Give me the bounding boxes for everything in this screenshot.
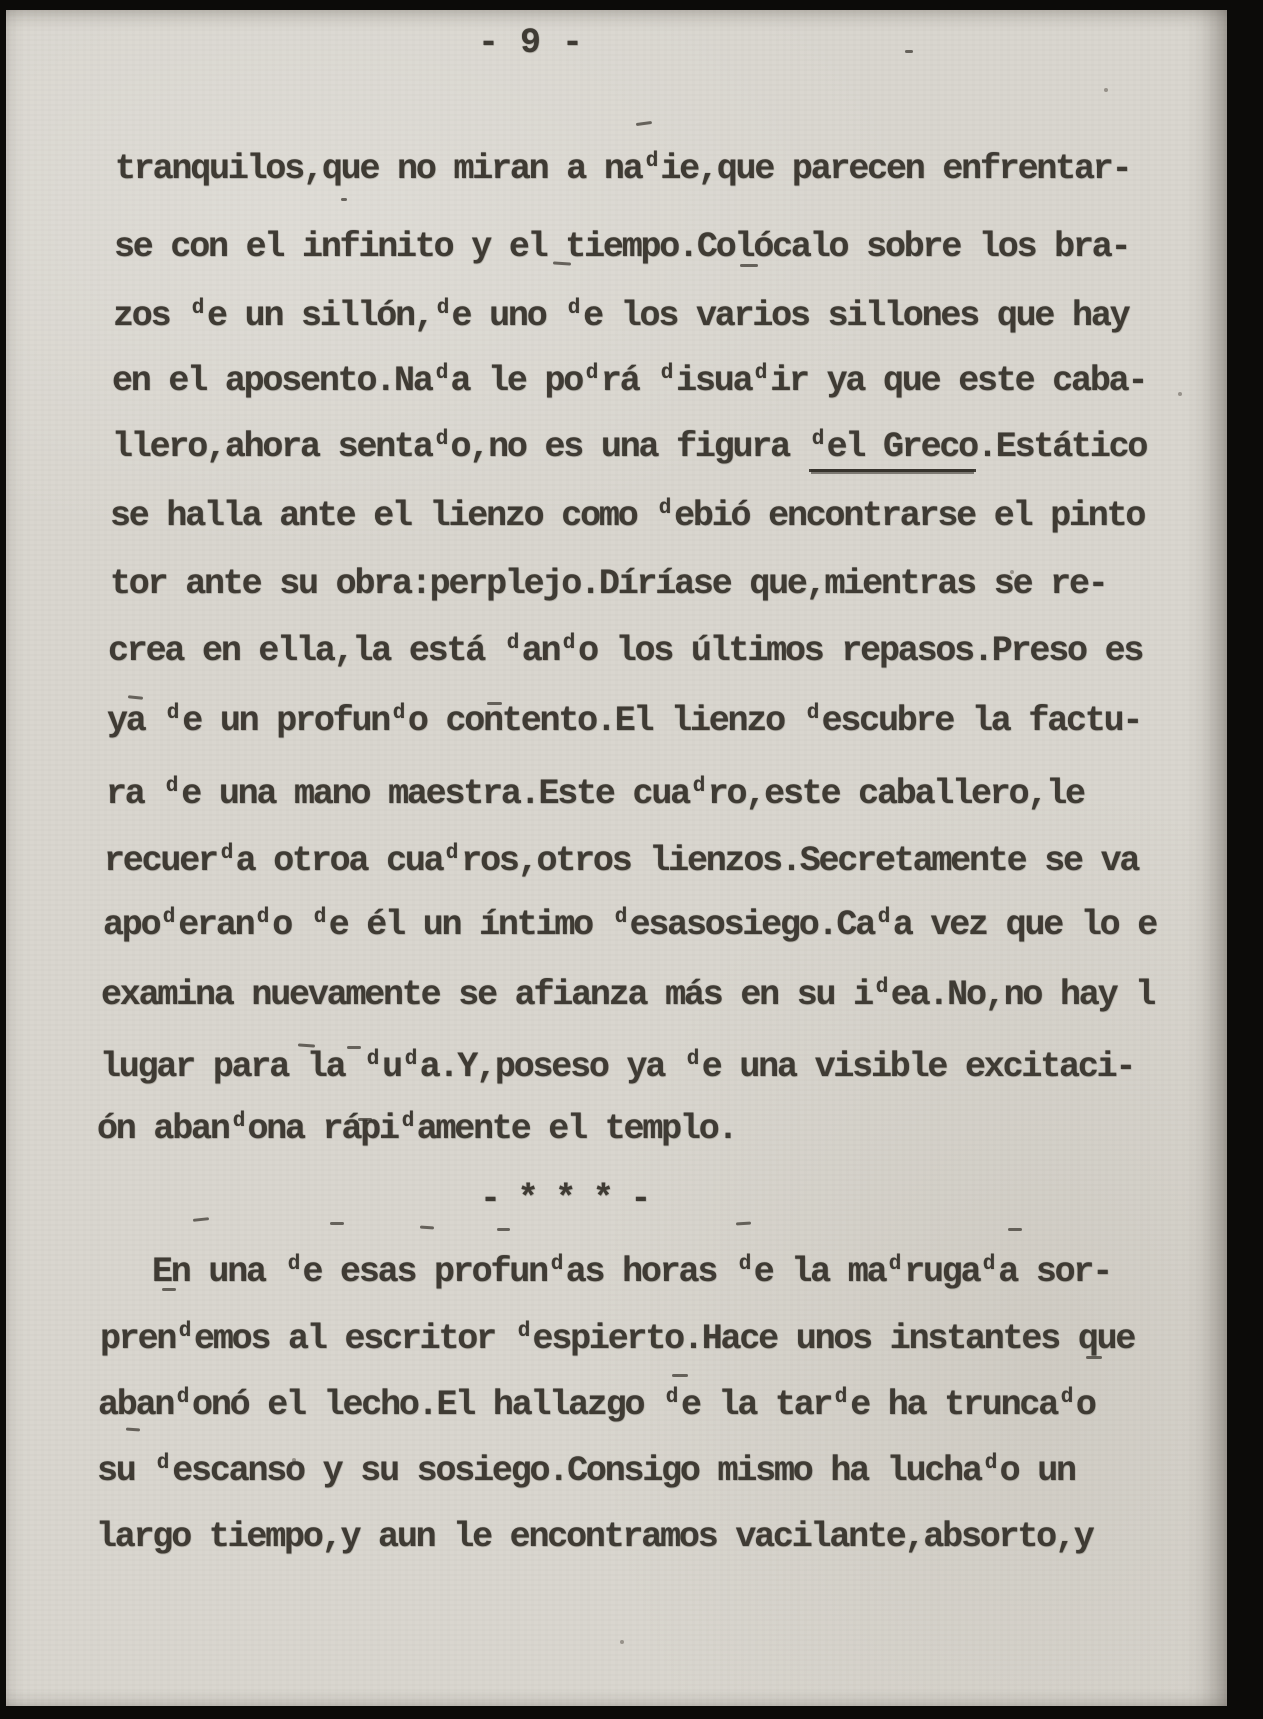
ink-mark	[487, 702, 502, 705]
text-line: crea en ella,la está dando los últimos r…	[108, 632, 1142, 670]
ink-mark	[420, 1226, 434, 1230]
text-line: zos de un sillón,de uno de los varios si…	[113, 297, 1128, 335]
text-line: su descanso y su sosiego.Consigo mismo h…	[97, 1452, 1075, 1490]
text-line: en el aposento.Nada le podrá disuadir ya…	[112, 362, 1146, 400]
text-line: se con el infinito y el tiempo.Colócalo …	[114, 228, 1129, 266]
page-number: - 9 -	[478, 24, 583, 62]
text-line: recuerda otroa cuadros,otros lienzos.Sec…	[104, 842, 1138, 880]
ink-mark	[347, 1046, 361, 1049]
ink-mark	[193, 1217, 209, 1222]
underlined-text: del Greco	[808, 427, 977, 469]
text-segment: .Estático	[977, 427, 1146, 467]
ink-mark	[128, 695, 143, 700]
ink-mark	[1086, 1356, 1102, 1359]
paper-speck	[1010, 570, 1014, 574]
scanned-page: - 9 - tranquilos,que no miran a nadie,qu…	[6, 10, 1227, 1706]
text-line: llero,ahora sentado,no es una figura del…	[112, 428, 1146, 466]
text-line: lugar para la duda.Y,poseso ya de una vi…	[100, 1048, 1134, 1086]
text-segment: llero,ahora sentado,no es una figura	[112, 427, 808, 467]
ink-mark	[1008, 1228, 1022, 1231]
ink-mark	[672, 1374, 688, 1377]
text-line: tranquilos,que no miran a nadie,que pare…	[115, 150, 1130, 188]
ink-mark	[497, 1228, 510, 1231]
ink-mark	[740, 264, 758, 267]
ink-mark	[126, 1428, 140, 1432]
scan-border: - 9 - tranquilos,que no miran a nadie,qu…	[0, 0, 1263, 1719]
text-line: prendemos al escritor despierto.Hace uno…	[100, 1320, 1134, 1358]
paper-speck	[620, 1640, 624, 1644]
ink-mark	[636, 121, 652, 126]
ink-mark	[341, 198, 347, 201]
ink-mark	[905, 50, 913, 53]
text-line: abandonó el lecho.El hallazgo de la tard…	[98, 1386, 1095, 1424]
text-line: ya de un profundo contento.El lienzo des…	[107, 702, 1141, 740]
paper-speck	[292, 1458, 296, 1462]
paper-speck	[1104, 88, 1108, 92]
text-line: largo tiempo,y aun le encontramos vacila…	[96, 1518, 1093, 1556]
text-line: ón abandona rápidamente el templo.	[97, 1110, 736, 1148]
ink-mark	[162, 1288, 176, 1291]
ink-mark	[330, 1222, 344, 1225]
paper-speck	[1178, 392, 1182, 396]
text-line: tor ante su obra:perplejo.Díríase que,mi…	[110, 565, 1107, 603]
text-line: En una de esas profundas horas de la mad…	[152, 1253, 1111, 1291]
text-line: examina nuevamente se afianza más en su …	[101, 976, 1154, 1014]
text-line: ra de una mano maestra.Este cuadro,este …	[106, 775, 1084, 813]
section-separator: - * * * -	[480, 1180, 649, 1218]
text-line: se halla ante el lienzo como debió encon…	[110, 497, 1144, 535]
ink-mark	[736, 1221, 751, 1225]
text-line: apoderando de él un íntimo desasosiego.C…	[103, 906, 1156, 944]
ink-mark	[358, 1118, 372, 1121]
